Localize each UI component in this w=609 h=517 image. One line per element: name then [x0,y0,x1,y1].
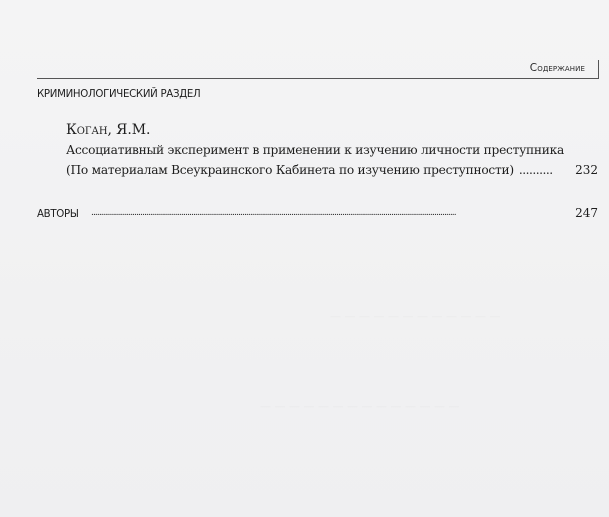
show-through-texture: — — — — — — — — — — — — [330,310,500,323]
dot-leader: ........................................… [91,204,546,222]
toc-entry[interactable]: Коган, Я.М. Ассоциативный эксперимент в … [66,120,598,180]
running-head-title: Содержание [530,62,585,74]
entry-author: Коган, Я.М. [66,120,598,140]
book-page: — — — — — — — — — — — — — — — — — — — — … [0,0,609,517]
authors-page-number: 247 [575,204,598,222]
entry-title-text: (По материалам Всеукраинского Кабинета п… [66,163,514,177]
entry-title-line-1: Ассоциативный эксперимент в применении к… [66,140,598,160]
authors-label: АВТОРЫ [37,209,79,220]
toc-entry-authors[interactable]: АВТОРЫ .................................… [37,204,598,222]
entry-title-line-2: (По материалам Всеукраинского Кабинета п… [66,160,598,180]
running-head: Содержание [37,60,599,79]
entry-page-number: 232 [575,160,598,180]
section-heading: КРИМИНОЛОГИЧЕСКИЙ РАЗДЕЛ [37,89,200,100]
dot-leader: .......... [519,163,553,177]
show-through-texture: — — — — — — — — — — — — — — [260,400,459,413]
